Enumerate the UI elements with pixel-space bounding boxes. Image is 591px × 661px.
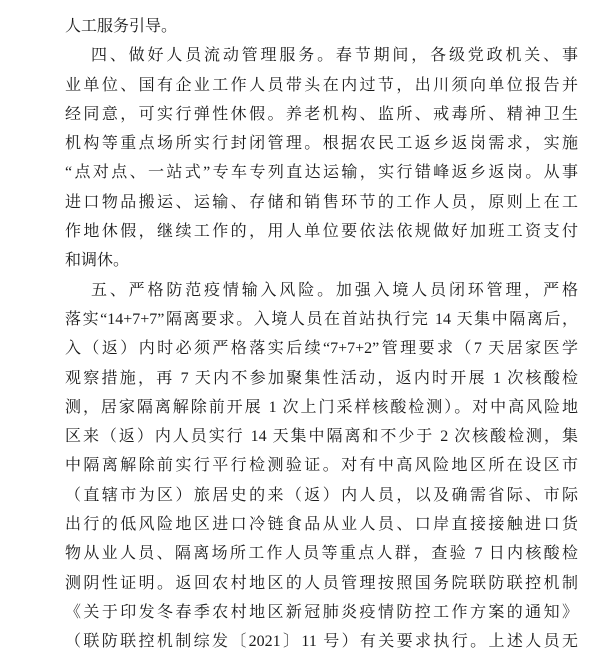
text-line: 观察措施，再 7 天内不参加聚集性活动，返内时开展 1 次核酸检	[65, 364, 578, 393]
text-line: （联防联控机制综发〔2021〕11 号）有关要求执行。上述人员无	[65, 627, 578, 656]
document-page: 人工服务引导。 四、做好人员流动管理服务。春节期间，各级党政机关、事 业单位、国…	[0, 0, 591, 661]
text-line: 业单位、国有企业工作人员带头在内过节，出川须向单位报告并	[65, 71, 578, 100]
text-line: 机构等重点场所实行封闭管理。根据农民工返乡返岗需求，实施	[65, 129, 578, 158]
text-line: 入（返）内时必须严格落实后续“7+7+2”管理要求（7 天居家医学	[65, 334, 578, 363]
text-line: 落实“14+7+7”隔离要求。入境人员在首站执行完 14 天集中隔离后，	[65, 305, 578, 334]
text-line: 测阴性证明。返回农村地区的人员管理按照国务院联防联控机制	[65, 569, 578, 598]
text-line: 四、做好人员流动管理服务。春节期间，各级党政机关、事	[65, 41, 578, 70]
text-line: 经同意，可实行弹性休假。养老机构、监所、戒毒所、精神卫生	[65, 100, 578, 129]
document-text-block: 人工服务引导。 四、做好人员流动管理服务。春节期间，各级党政机关、事 业单位、国…	[65, 12, 578, 657]
text-line: 出行的低风险地区进口冷链食品从业人员、口岸直接接触进口货	[65, 510, 578, 539]
text-line: “点对点、一站式”专车专列直达运输，实行错峰返乡返岗。从事	[65, 158, 578, 187]
text-line: 物从业人员、隔离场所工作人员等重点人群，查验 7 日内核酸检	[65, 539, 578, 568]
text-line: （直辖市为区）旅居史的来（返）内人员，以及确需省际、市际	[65, 481, 578, 510]
text-line: 作地休假，继续工作的，用人单位要依法依规做好加班工资支付	[65, 217, 578, 246]
text-line: 区来（返）内人员实行 14 天集中隔离和不少于 2 次核酸检测，集	[65, 422, 578, 451]
text-line: 和调休。	[65, 246, 578, 275]
paragraph-section-5: 五、严格防范疫情输入风险。加强入境人员闭环管理，严格 落实“14+7+7”隔离要…	[65, 276, 578, 657]
text-line: 进口物品搬运、运输、存储和销售环节的工作人员，原则上在工	[65, 188, 578, 217]
text-line: 中隔离解除前实行平行检测验证。对有中高风险地区所在设区市	[65, 451, 578, 480]
paragraph-section-4: 四、做好人员流动管理服务。春节期间，各级党政机关、事 业单位、国有企业工作人员带…	[65, 41, 578, 275]
paragraph-continuation: 人工服务引导。	[65, 12, 578, 41]
text-line: 《关于印发冬春季农村地区新冠肺炎疫情防控工作方案的通知》	[65, 598, 578, 627]
text-line: 五、严格防范疫情输入风险。加强入境人员闭环管理，严格	[65, 276, 578, 305]
text-line: 测，居家隔离解除前开展 1 次上门采样核酸检测）。对中高风险地	[65, 393, 578, 422]
text-line: 人工服务引导。	[65, 12, 578, 41]
